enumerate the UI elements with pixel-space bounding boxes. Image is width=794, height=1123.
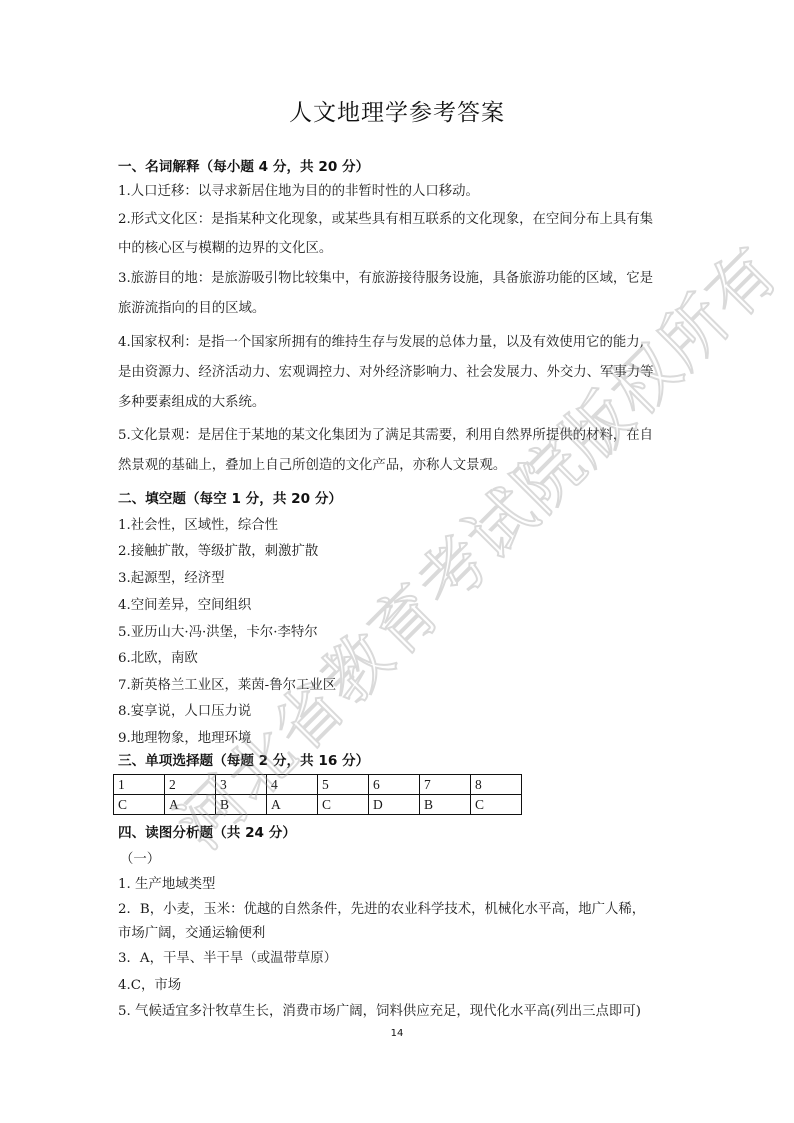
table-cell: 8 <box>471 775 522 795</box>
answer-table: 1 2 3 4 5 6 7 8 C A B A C D B C <box>113 774 522 815</box>
table-cell: 2 <box>165 775 216 795</box>
answer-line: 1. 生产地域类型 <box>118 876 215 894</box>
table-cell: C <box>318 795 369 815</box>
answer-line: 9.地理物象，地理环境 <box>118 730 251 748</box>
table-cell: D <box>369 795 420 815</box>
section-heading-terms: 一、名词解释（每小题 4 分，共 20 分） <box>118 158 369 176</box>
answer-line: 2.接触扩散，等级扩散，刺激扩散 <box>118 543 318 561</box>
table-cell: 5 <box>318 775 369 795</box>
answer-line: 5.亚历山大·冯·洪堡，卡尔·李特尔 <box>118 624 318 642</box>
answer-line: 4.空间差异，空间组织 <box>118 597 251 615</box>
answer-line: 6.北欧，南欧 <box>118 650 198 668</box>
table-cell: C <box>114 795 165 815</box>
section-heading-fill-blank: 二、填空题（每空 1 分，共 20 分） <box>118 490 342 508</box>
answer-line: 1.社会性，区域性，综合性 <box>118 517 278 535</box>
table-cell: 4 <box>267 775 318 795</box>
answer-line: 7.新英格兰工业区，莱茵-鲁尔工业区 <box>118 677 336 695</box>
answer-line: 3．A，干旱、半干旱（或温带草原） <box>118 950 337 968</box>
answer-line: 是由资源力、经济活动力、宏观调控力、对外经济影响力、社会发展力、外交力、军事力等 <box>118 364 654 382</box>
answer-line: 5. 气候适宜多汁牧草生长，消费市场广阔，饲料供应充足，现代化水平高(列出三点即… <box>118 1003 641 1021</box>
subsection-label: （一） <box>120 851 160 869</box>
table-cell: A <box>267 795 318 815</box>
table-row-questions: 1 2 3 4 5 6 7 8 <box>114 775 522 795</box>
section-heading-map-analysis: 四、读图分析题（共 24 分） <box>118 824 296 842</box>
page-number: 14 <box>0 1028 794 1039</box>
table-cell: C <box>471 795 522 815</box>
answer-line: 2.形式文化区：是指某种文化现象，或某些具有相互联系的文化现象，在空间分布上具有… <box>118 211 653 229</box>
answer-line: 8.宴享说，人口压力说 <box>118 703 251 721</box>
answer-line: 然景观的基础上，叠加上自己所创造的文化产品，亦称人文景观。 <box>118 457 506 475</box>
answer-line: 旅游流指向的目的区域。 <box>118 300 265 318</box>
answer-line: 5.文化景观：是居住于某地的某文化集团为了满足其需要，利用自然界所提供的材料，在… <box>118 427 653 445</box>
table-cell: A <box>165 795 216 815</box>
answer-line: 3.旅游目的地：是旅游吸引物比较集中，有旅游接待服务设施，具备旅游功能的区域，它… <box>118 270 653 288</box>
table-cell: 6 <box>369 775 420 795</box>
answer-line: 中的核心区与模糊的边界的文化区。 <box>118 240 332 258</box>
answer-line: 3.起源型，经济型 <box>118 570 225 588</box>
page-title: 人文地理学参考答案 <box>0 94 794 127</box>
answer-line: 多种要素组成的大系统。 <box>118 394 265 412</box>
answer-line: 4.C，市场 <box>118 977 181 995</box>
answer-line: 4.国家权利：是指一个国家所拥有的维持生存与发展的总体力量，以及有效使用它的能力… <box>118 334 644 352</box>
answer-line: 市场广阔，交通运输便利 <box>118 925 265 943</box>
table-row-answers: C A B A C D B C <box>114 795 522 815</box>
answer-line: 2．B，小麦，玉米：优越的自然条件，先进的农业科学技术，机械化水平高，地广人稀， <box>118 901 645 919</box>
table-cell: 7 <box>420 775 471 795</box>
table-cell: 1 <box>114 775 165 795</box>
answer-line: 1.人口迁移：以寻求新居住地为目的的非暂时性的人口移动。 <box>118 183 479 201</box>
table-cell: B <box>420 795 471 815</box>
table-cell: B <box>216 795 267 815</box>
table-cell: 3 <box>216 775 267 795</box>
section-heading-multiple-choice: 三、单项选择题（每题 2 分，共 16 分） <box>118 752 369 770</box>
document-page: 人文地理学参考答案 一、名词解释（每小题 4 分，共 20 分） 1.人口迁移：… <box>0 0 794 1123</box>
